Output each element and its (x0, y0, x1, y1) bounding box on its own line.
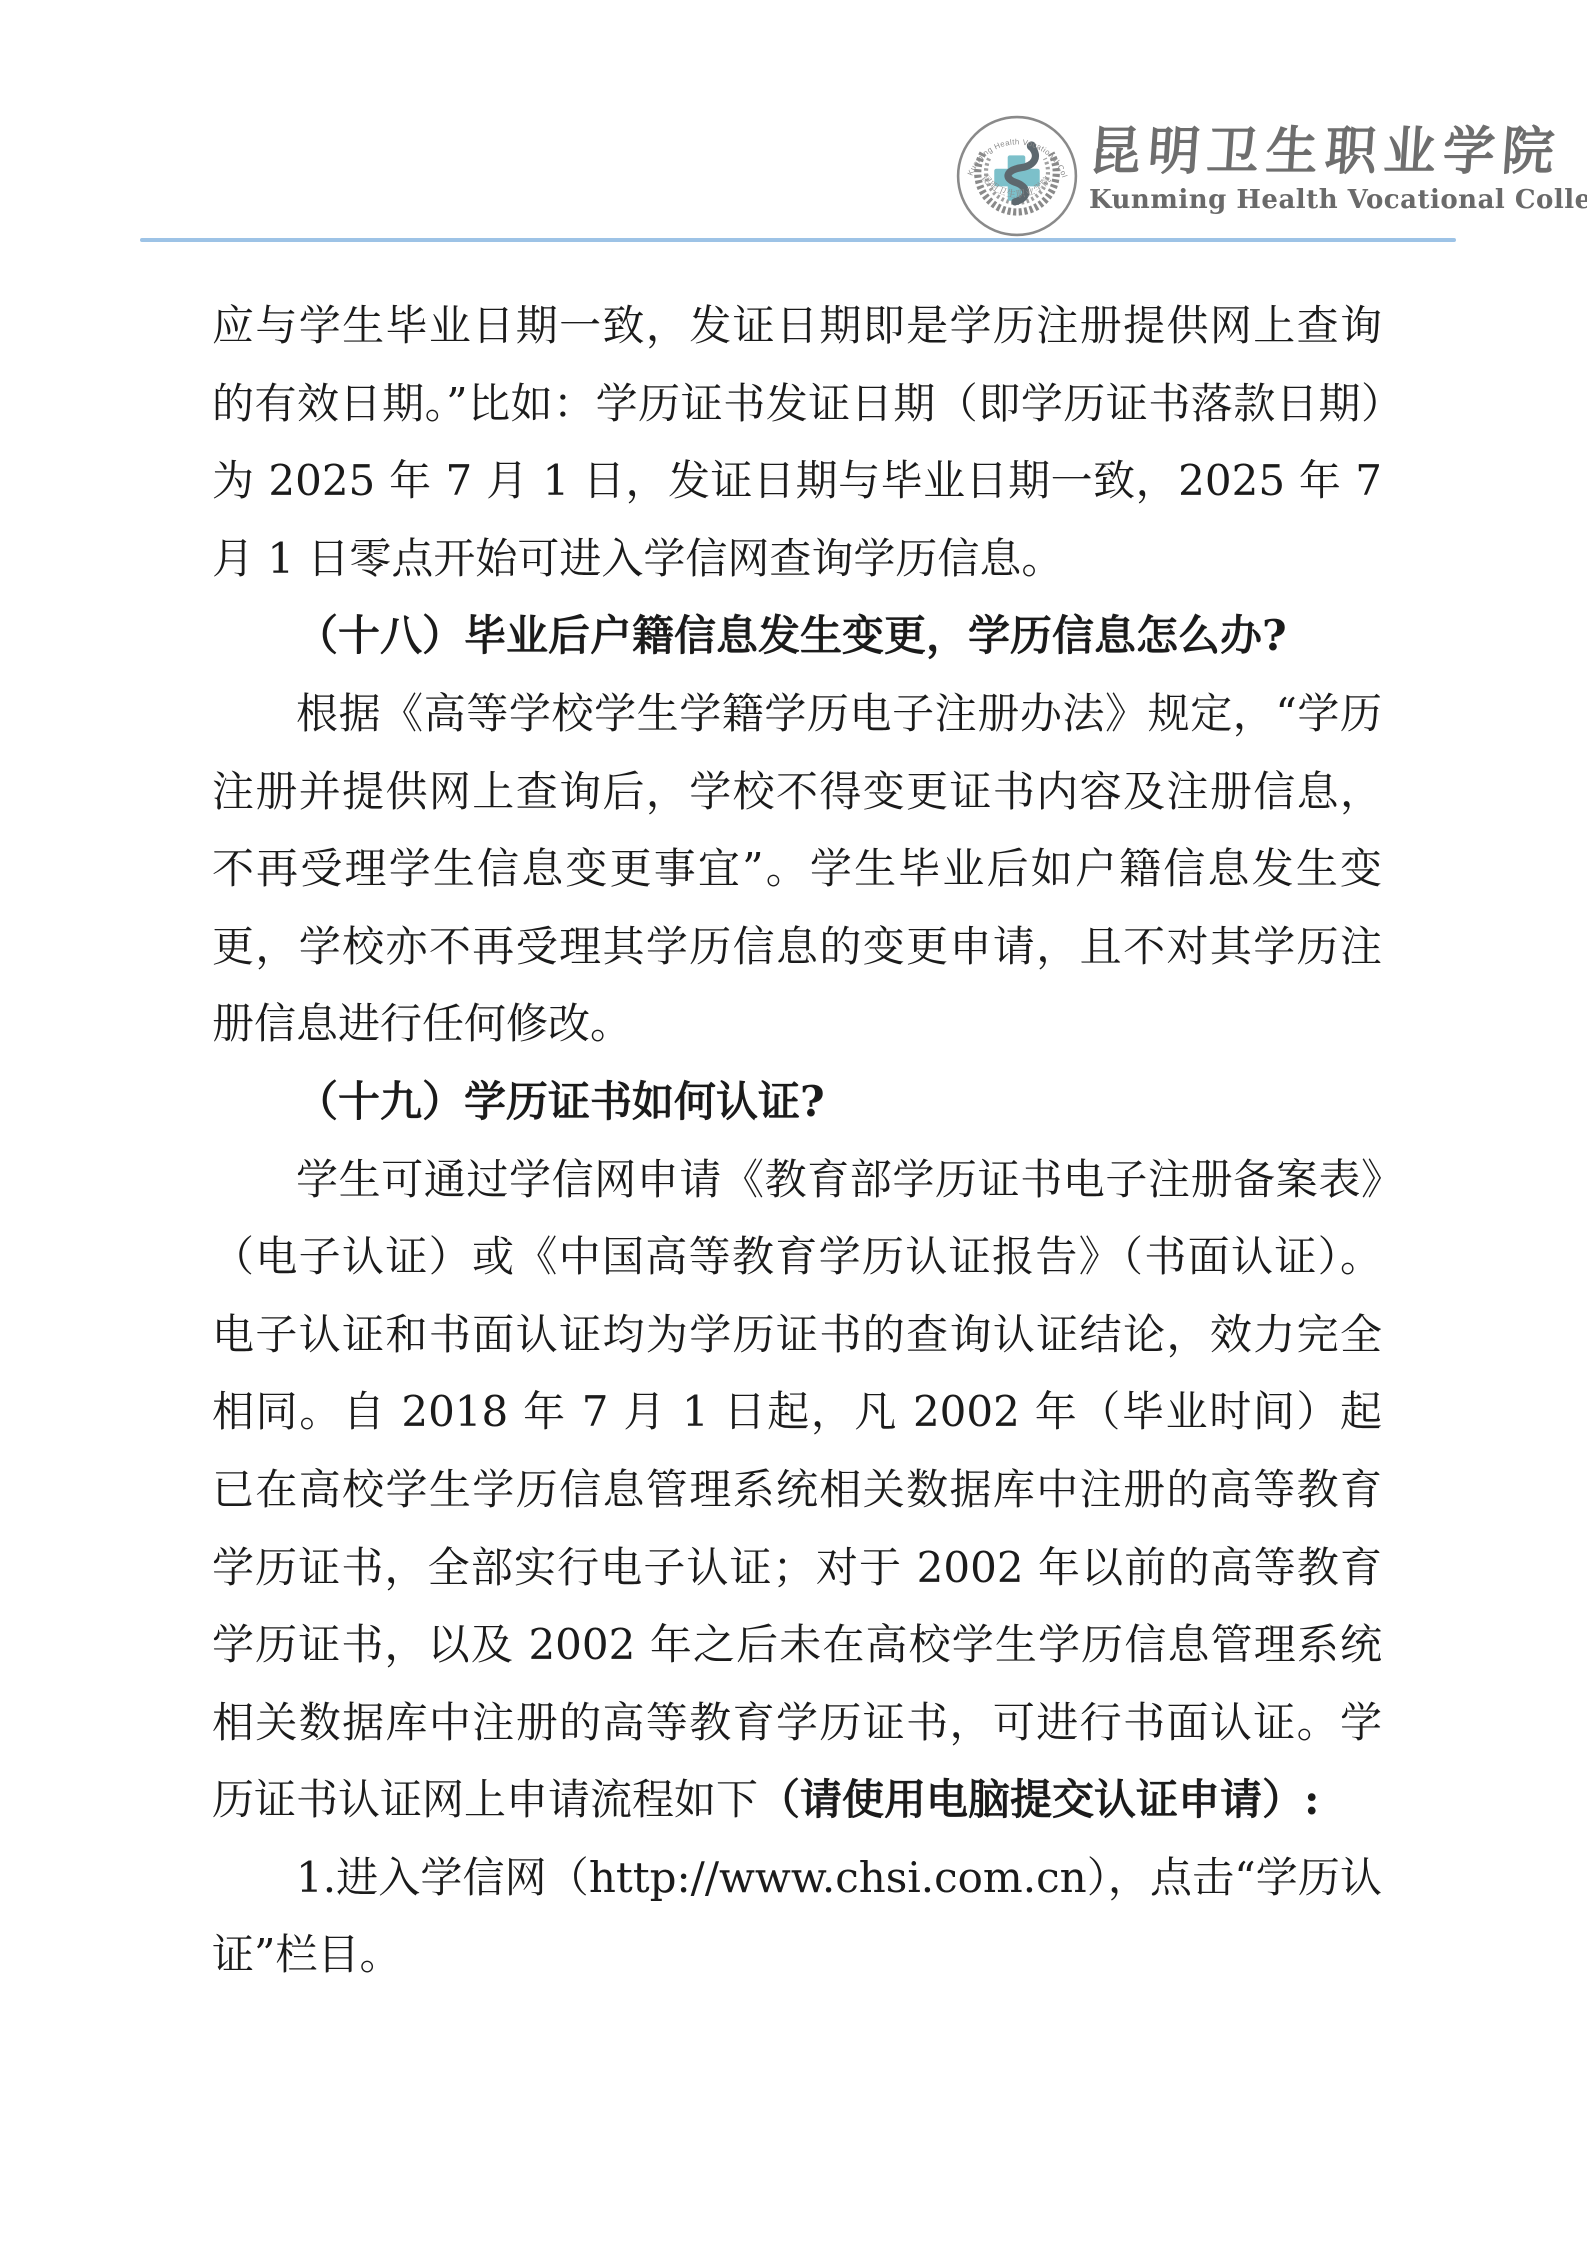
letterhead: Kunming Health Vocational College 昆明卫生职业… (0, 0, 1587, 245)
document-page: Kunming Health Vocational College 昆明卫生职业… (0, 0, 1587, 2245)
paragraph-step-1: 1.进入学信网（http://www.chsi.com.cn），点击“学历认证”… (212, 1839, 1382, 1994)
heading-section-19: （十九）学历证书如何认证? (212, 1063, 1382, 1141)
college-name-calligraphy: 昆明卫生职业学院 (1087, 124, 1587, 180)
heading-section-18: （十八）毕业后户籍信息发生变更，学历信息怎么办? (212, 597, 1382, 675)
document-body: 应与学生毕业日期一致，发证日期即是学历注册提供网上查询的有效日期。”比如：学历证… (212, 287, 1382, 1994)
college-seal-icon: Kunming Health Vocational College 昆明卫生职业… (955, 114, 1079, 238)
letterhead-divider (140, 238, 1456, 242)
paragraph-section-19-bold-note: （请使用电脑提交认证申请）: (758, 1775, 1320, 1824)
paragraph-section-19: 学生可通过学信网申请《教育部学历证书电子注册备案表》（电子认证）或《中国高等教育… (212, 1141, 1382, 1839)
college-name-english: Kunming Health Vocational College (1089, 186, 1587, 214)
paragraph-section-19-text: 学生可通过学信网申请《教育部学历证书电子注册备案表》（电子认证）或《中国高等教育… (212, 1155, 1382, 1825)
college-logo: Kunming Health Vocational College 昆明卫生职业… (955, 114, 1587, 238)
college-name-block: 昆明卫生职业学院 Kunming Health Vocational Colle… (1089, 114, 1587, 214)
paragraph-section-18: 根据《高等学校学生学籍学历电子注册办法》规定，“学历注册并提供网上查询后，学校不… (212, 675, 1382, 1063)
paragraph-continuation: 应与学生毕业日期一致，发证日期即是学历注册提供网上查询的有效日期。”比如：学历证… (212, 287, 1382, 597)
